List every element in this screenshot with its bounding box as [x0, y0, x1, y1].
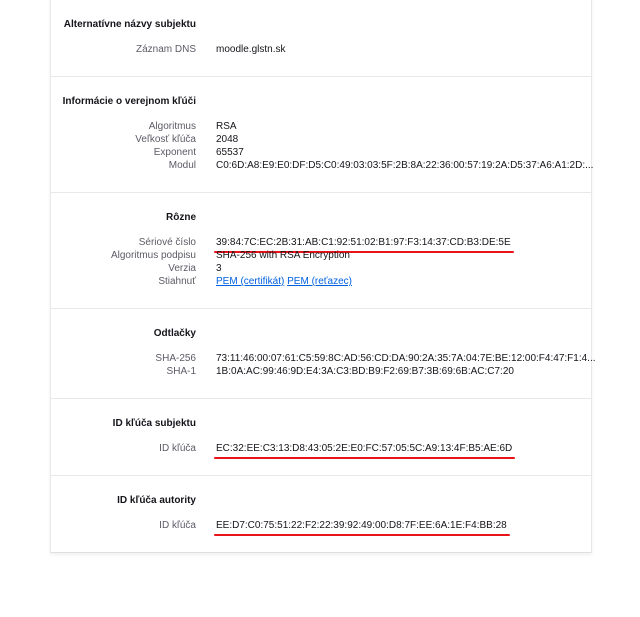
field-label: Veľkosť kľúča [51, 133, 196, 146]
field-label: Verzia [51, 262, 196, 275]
field-label: Stiahnuť [51, 275, 196, 288]
download-pem-chain-link[interactable]: PEM (reťazec) [287, 276, 352, 287]
section-fingerprints: Odtlačky SHA-256 73:11:46:00:07:61:C5:59… [51, 308, 591, 398]
field-row: Algoritmus RSA [51, 120, 591, 133]
field-value-sha256[interactable]: 73:11:46:00:07:61:C5:59:8C:AD:56:CD:DA:9… [216, 352, 596, 365]
field-value-algorithm: RSA [216, 120, 237, 133]
field-label: SHA-256 [51, 352, 196, 365]
field-value-subject-key-id: EC:32:EE:C3:13:D8:43:05:2E:E0:FC:57:05:5… [216, 442, 512, 455]
field-row: Sériové číslo 39:84:7C:EC:2B:31:AB:C1:92… [51, 236, 591, 249]
section-title: ID kľúča autority [51, 494, 196, 507]
field-row: Verzia 3 [51, 262, 591, 275]
section-heading: Informácie o verejnom kľúči [51, 95, 591, 108]
field-label: ID kľúča [51, 519, 196, 532]
field-label: Algoritmus podpisu [51, 249, 196, 262]
field-row: SHA-256 73:11:46:00:07:61:C5:59:8C:AD:56… [51, 352, 591, 365]
section-heading: Rôzne [51, 211, 591, 224]
field-row: Modul C0:6D:A8:E9:E0:DF:D5:C0:49:03:03:5… [51, 159, 591, 172]
section-subject-key-id: ID kľúča subjektu ID kľúča EC:32:EE:C3:1… [51, 398, 591, 475]
section-heading: ID kľúča autority [51, 494, 591, 507]
certificate-details-card: Alternatívne názvy subjektu Záznam DNS m… [50, 0, 592, 553]
field-value-key-size: 2048 [216, 133, 238, 146]
field-label: Exponent [51, 146, 196, 159]
field-row: SHA-1 1B:0A:AC:99:46:9D:E4:3A:C3:BD:B9:F… [51, 365, 591, 378]
field-row: Záznam DNS moodle.glstn.sk [51, 43, 591, 56]
field-label: Modul [51, 159, 196, 172]
field-label: Záznam DNS [51, 43, 196, 56]
field-value-sha1: 1B:0A:AC:99:46:9D:E4:3A:C3:BD:B9:F2:69:B… [216, 365, 514, 378]
section-heading: Alternatívne názvy subjektu [51, 18, 591, 31]
download-links: PEM (certifikát) PEM (reťazec) [216, 275, 352, 288]
section-public-key-info: Informácie o verejnom kľúči Algoritmus R… [51, 76, 591, 192]
field-row: ID kľúča EE:D7:C0:75:51:22:F2:22:39:92:4… [51, 519, 591, 532]
section-heading: Odtlačky [51, 327, 591, 340]
section-title: Alternatívne názvy subjektu [51, 18, 196, 31]
section-miscellaneous: Rôzne Sériové číslo 39:84:7C:EC:2B:31:AB… [51, 192, 591, 308]
field-label: SHA-1 [51, 365, 196, 378]
section-authority-key-id: ID kľúča autority ID kľúča EE:D7:C0:75:5… [51, 475, 591, 552]
field-value-signature-algorithm: SHA-256 with RSA Encryption [216, 249, 350, 262]
field-row: Exponent 65537 [51, 146, 591, 159]
section-title: Odtlačky [51, 327, 196, 340]
field-value-modulus[interactable]: C0:6D:A8:E9:E0:DF:D5:C0:49:03:03:5F:2B:8… [216, 159, 593, 172]
field-label: Sériové číslo [51, 236, 196, 249]
field-value-serial-number: 39:84:7C:EC:2B:31:AB:C1:92:51:02:B1:97:F… [216, 236, 511, 249]
field-row: Veľkosť kľúča 2048 [51, 133, 591, 146]
field-row: ID kľúča EC:32:EE:C3:13:D8:43:05:2E:E0:F… [51, 442, 591, 455]
section-title: Rôzne [51, 211, 196, 224]
section-title: ID kľúča subjektu [51, 417, 196, 430]
field-row: Stiahnuť PEM (certifikát) PEM (reťazec) [51, 275, 591, 288]
field-value-authority-key-id: EE:D7:C0:75:51:22:F2:22:39:92:49:00:D8:7… [216, 519, 507, 532]
field-label: Algoritmus [51, 120, 196, 133]
field-value-version: 3 [216, 262, 222, 275]
section-heading: ID kľúča subjektu [51, 417, 591, 430]
section-subject-alt-names: Alternatívne názvy subjektu Záznam DNS m… [51, 0, 591, 76]
field-value-exponent: 65537 [216, 146, 244, 159]
section-title: Informácie o verejnom kľúči [51, 95, 196, 108]
download-pem-cert-link[interactable]: PEM (certifikát) [216, 276, 284, 287]
field-label: ID kľúča [51, 442, 196, 455]
field-value-dns: moodle.glstn.sk [216, 43, 285, 56]
